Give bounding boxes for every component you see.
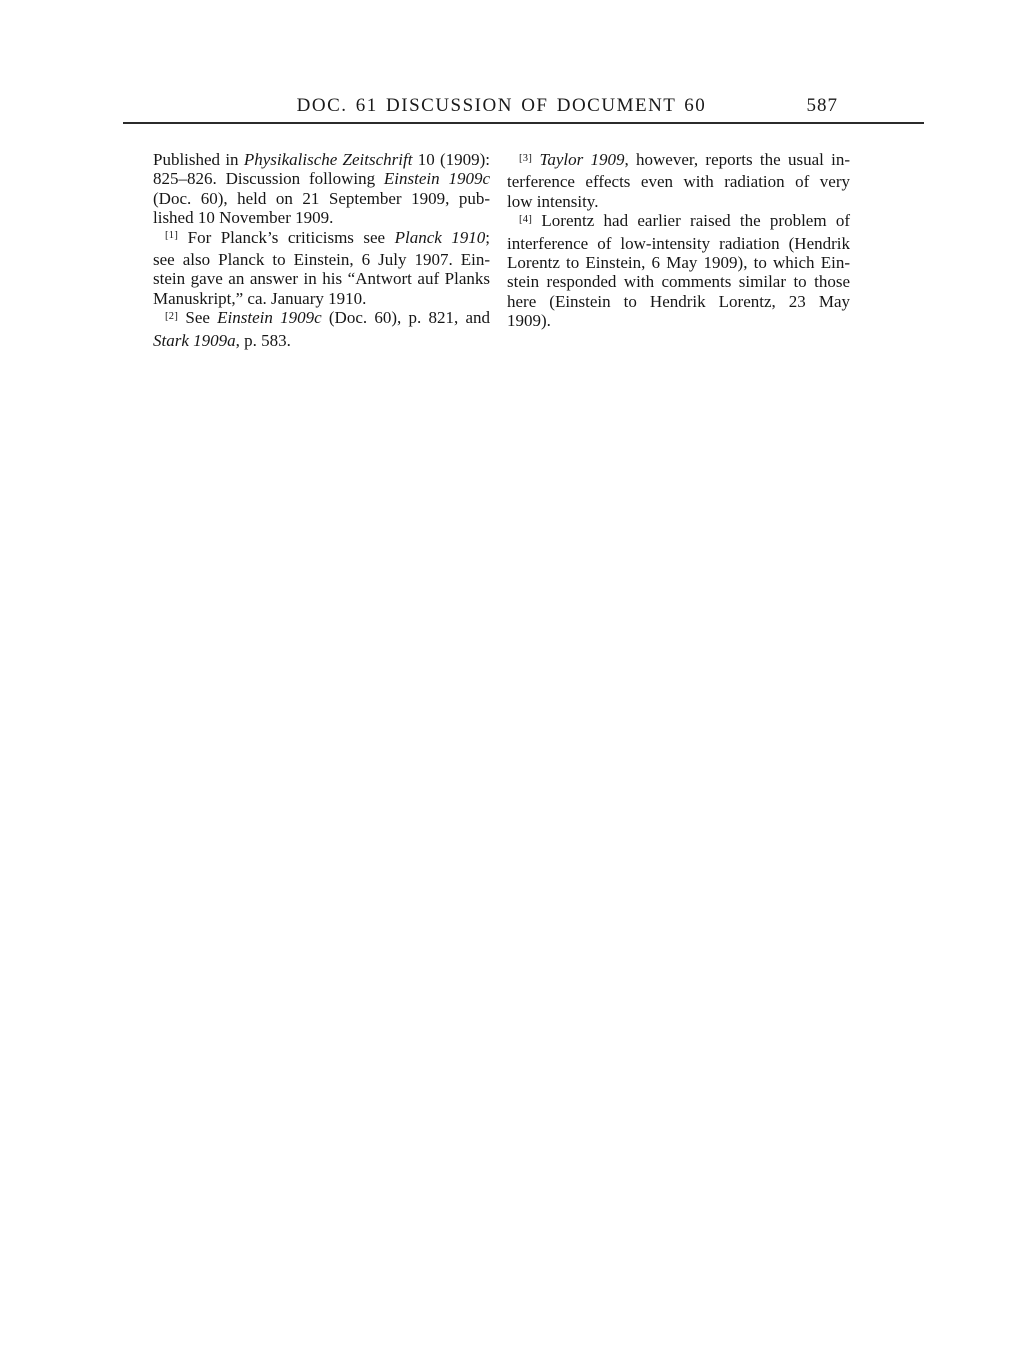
text-segment: (Doc. 60), held on 21 September 1909, pu… xyxy=(153,189,490,208)
text-segment: , p. 583. xyxy=(236,331,291,350)
text-line: see also Planck to Einstein, 6 July 1907… xyxy=(153,250,490,269)
text-line: [3] Taylor 1909, however, reports the us… xyxy=(507,150,850,172)
citation-italic: Taylor 1909 xyxy=(539,150,624,169)
text-segment: ; xyxy=(485,228,490,247)
text-line: terference effects even with radiation o… xyxy=(507,172,850,191)
text-segment: 825–826. Discussion following xyxy=(153,169,384,188)
text-segment: Manuskript,” ca. January 1910. xyxy=(153,289,366,308)
paragraph: [4] Lorentz had earlier raised the probl… xyxy=(507,211,850,330)
citation-italic: Einstein 1909c xyxy=(217,308,322,327)
text-segment: (Doc. 60), p. 821, and xyxy=(322,308,490,327)
text-line: [4] Lorentz had earlier raised the probl… xyxy=(507,211,850,233)
footnote-marker: [3] xyxy=(519,153,532,164)
text-segment: here (Einstein to Hendrik Lorentz, 23 Ma… xyxy=(507,292,850,311)
text-line: (Doc. 60), held on 21 September 1909, pu… xyxy=(153,189,490,208)
footnote-marker: [4] xyxy=(519,214,532,225)
footnote-marker: [1] xyxy=(165,230,178,241)
paragraph: [1] For Planck’s criticisms see Planck 1… xyxy=(153,228,490,309)
text-line: interference of low-intensity radiation … xyxy=(507,234,850,253)
text-columns: Published in Physikalische Zeitschrift 1… xyxy=(153,150,850,350)
text-segment: stein gave an answer in his “Antwort auf… xyxy=(153,269,490,288)
text-segment: See xyxy=(178,308,217,327)
text-line: here (Einstein to Hendrik Lorentz, 23 Ma… xyxy=(507,292,850,311)
citation-italic: Planck 1910 xyxy=(395,228,486,247)
text-segment: Lorentz had earlier raised the problem o… xyxy=(532,211,850,230)
right-column: [3] Taylor 1909, however, reports the us… xyxy=(507,150,850,350)
text-segment: interference of low-intensity radiation … xyxy=(507,234,850,253)
text-segment: Lorentz to Einstein, 6 May 1909), to whi… xyxy=(507,253,850,272)
text-line: Lorentz to Einstein, 6 May 1909), to whi… xyxy=(507,253,850,272)
paragraph: [3] Taylor 1909, however, reports the us… xyxy=(507,150,850,211)
text-line: Stark 1909a, p. 583. xyxy=(153,331,490,350)
text-segment: 1909). xyxy=(507,311,551,330)
text-segment: lished 10 November 1909. xyxy=(153,208,333,227)
text-segment: For Planck’s criticisms see xyxy=(178,228,394,247)
text-segment: Published in xyxy=(153,150,244,169)
text-line: Published in Physikalische Zeitschrift 1… xyxy=(153,150,490,169)
citation-italic: Stark 1909a xyxy=(153,331,236,350)
text-line: Manuskript,” ca. January 1910. xyxy=(153,289,490,308)
text-line: [2] See Einstein 1909c (Doc. 60), p. 821… xyxy=(153,308,490,330)
paragraph: [2] See Einstein 1909c (Doc. 60), p. 821… xyxy=(153,308,490,350)
text-line: low intensity. xyxy=(507,192,850,211)
text-line: [1] For Planck’s criticisms see Planck 1… xyxy=(153,228,490,250)
text-segment: stein responded with comments similar to… xyxy=(507,272,850,291)
text-segment: terference effects even with radiation o… xyxy=(507,172,850,191)
running-head: DOC. 61 DISCUSSION OF DOCUMENT 60 xyxy=(101,96,902,116)
book-page: DOC. 61 DISCUSSION OF DOCUMENT 60 587 Pu… xyxy=(0,0,1020,1361)
text-line: lished 10 November 1909. xyxy=(153,208,490,227)
left-column: Published in Physikalische Zeitschrift 1… xyxy=(153,150,490,350)
text-line: stein gave an answer in his “Antwort auf… xyxy=(153,269,490,288)
citation-italic: Physikalische Zeitschrift xyxy=(244,150,413,169)
text-segment: 10 (1909): xyxy=(412,150,490,169)
page-header: DOC. 61 DISCUSSION OF DOCUMENT 60 587 xyxy=(123,96,924,116)
paragraph: Published in Physikalische Zeitschrift 1… xyxy=(153,150,490,228)
footnote-marker: [2] xyxy=(165,311,178,322)
page-number: 587 xyxy=(807,96,839,116)
text-segment: low intensity. xyxy=(507,192,598,211)
text-line: 1909). xyxy=(507,311,850,330)
text-line: 825–826. Discussion following Einstein 1… xyxy=(153,169,490,188)
text-line: stein responded with comments similar to… xyxy=(507,272,850,291)
text-segment: , however, reports the usual in- xyxy=(625,150,851,169)
text-segment: see also Planck to Einstein, 6 July 1907… xyxy=(153,250,490,269)
header-rule xyxy=(123,122,924,124)
citation-italic: Einstein 1909c xyxy=(384,169,490,188)
